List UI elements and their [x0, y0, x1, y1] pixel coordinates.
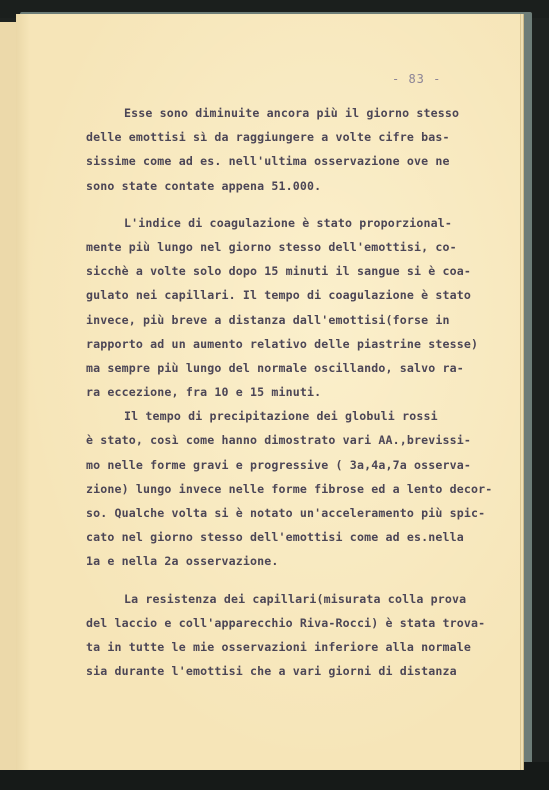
text-line: invece, più breve a distanza dall'emotti… [86, 308, 506, 332]
text-line: sicchè a volte solo dopo 15 minuti il sa… [86, 259, 506, 283]
text-line: del laccio e coll'apparecchio Riva-Rocci… [86, 611, 506, 635]
text-line: cato nel giorno stesso dell'emottisi com… [86, 525, 506, 549]
text-line: L'indice di coagulazione è stato proporz… [86, 211, 506, 235]
page-number: - 83 - [392, 72, 441, 86]
text-line: 1a e nella 2a osservazione. [86, 549, 506, 573]
text-line: Il tempo di precipitazione dei globuli r… [86, 404, 506, 428]
previous-page-edge [0, 22, 17, 770]
text-line: Esse sono diminuite ancora più il giorno… [86, 101, 506, 125]
text-line: ta in tutte le mie osservazioni inferior… [86, 635, 506, 659]
text-line: mo nelle forme gravi e progressive ( 3a,… [86, 453, 506, 477]
paragraph-2: L'indice di coagulazione è stato proporz… [86, 211, 506, 405]
text-line: so. Qualche volta si è notato un'acceler… [86, 501, 506, 525]
text-line: mente più lungo nel giorno stesso dell'e… [86, 235, 506, 259]
text-line: delle emottisi sì da raggiungere a volte… [86, 125, 506, 149]
text-line: sissime come ad es. nell'ultima osservaz… [86, 149, 506, 173]
text-line: La resistenza dei capillari(misurata col… [86, 587, 506, 611]
text-line: ra eccezione, fra 10 e 15 minuti. [86, 380, 506, 404]
text-line: ma sempre più lungo del normale oscillan… [86, 356, 506, 380]
text-line: zione) lungo invece nelle forme fibrose … [86, 477, 506, 501]
text-line: rapporto ad un aumento relativo delle pi… [86, 332, 506, 356]
text-line: sia durante l'emottisi che a vari giorni… [86, 659, 506, 683]
paragraph-1: Esse sono diminuite ancora più il giorno… [86, 101, 506, 198]
paragraph-4: La resistenza dei capillari(misurata col… [86, 587, 506, 684]
document-body: Esse sono diminuite ancora più il giorno… [86, 101, 506, 683]
paragraph-3: Il tempo di precipitazione dei globuli r… [86, 404, 506, 573]
text-line: sono state contate appena 51.000. [86, 174, 506, 198]
text-line: gulato nei capillari. Il tempo di coagul… [86, 283, 506, 307]
text-line: è stato, così come hanno dimostrato vari… [86, 428, 506, 452]
